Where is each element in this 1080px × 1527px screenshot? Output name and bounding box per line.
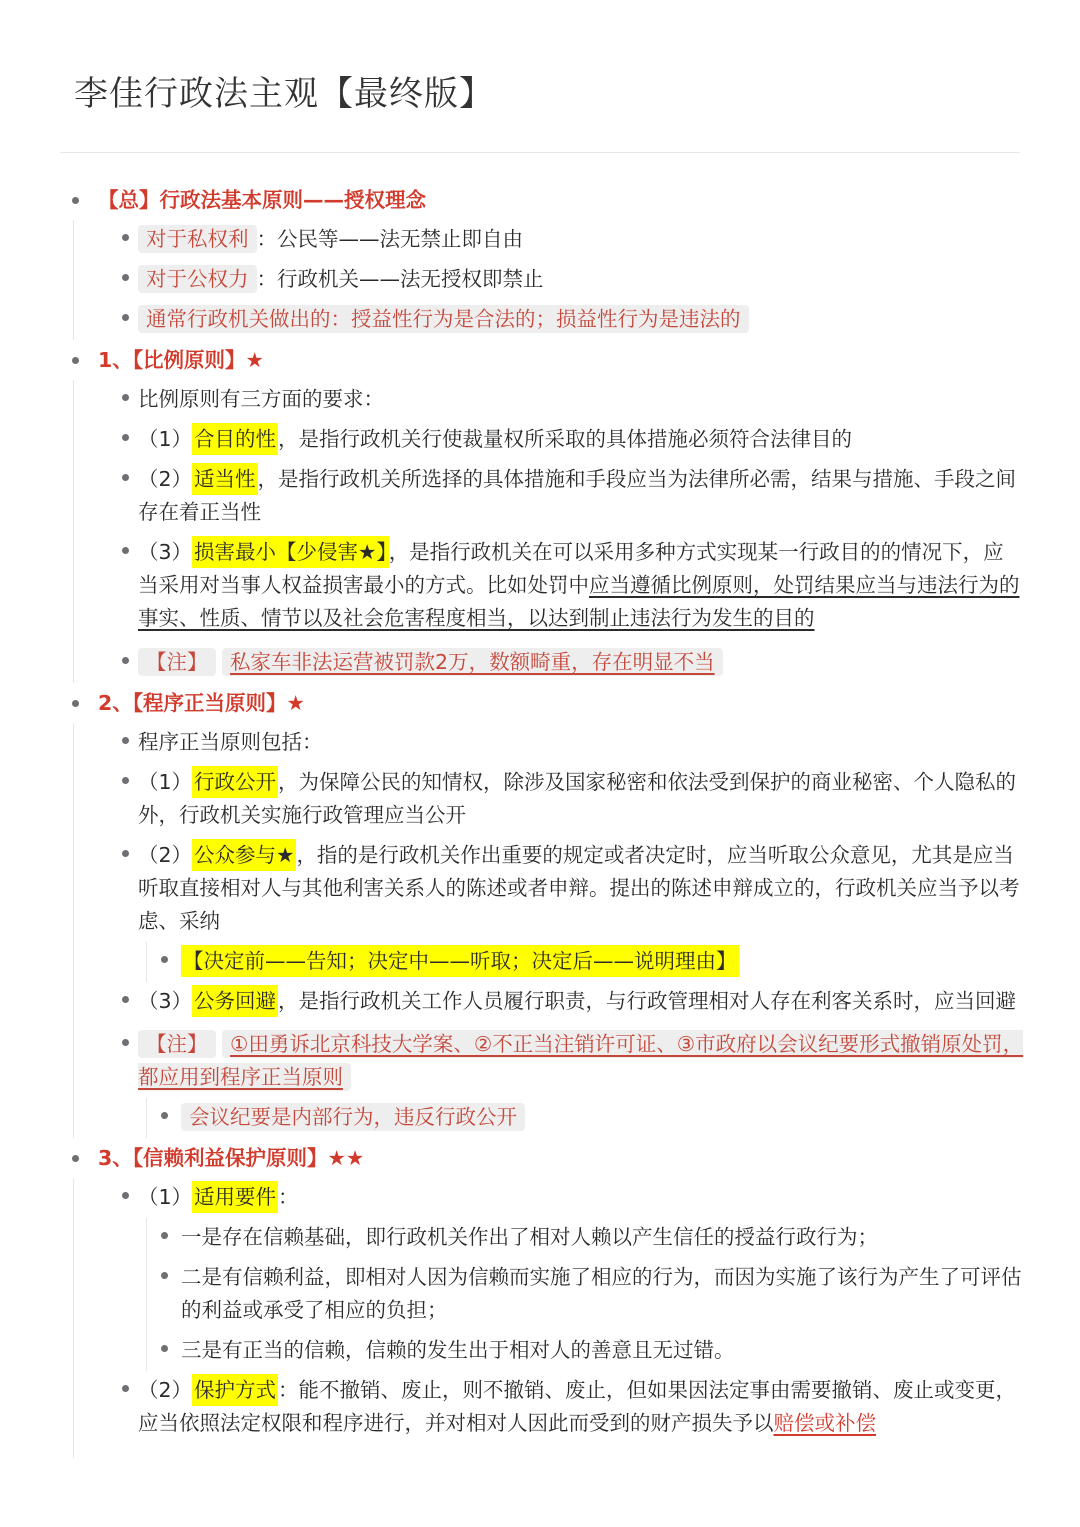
list-item[interactable]: 【决定前——告知；决定中——听取；决定后——说明理由】	[147, 942, 1024, 982]
highlight: 损害最小【少侵害★】	[192, 536, 389, 568]
highlight: 合目的性	[192, 423, 278, 455]
bullet-icon	[122, 737, 129, 744]
section-heading-general[interactable]: 【总】行政法基本原则——授权理念	[64, 180, 1024, 220]
list-item[interactable]: 二是有信赖利益，即相对人因为信赖而实施了相应的行为，而因为实施了该行为产生了可评…	[147, 1258, 1024, 1331]
tag-label: 对于公权力	[138, 265, 257, 293]
bullet-icon	[72, 197, 79, 204]
bullet-icon	[161, 1112, 168, 1119]
bullet-icon	[122, 1385, 129, 1392]
bullet-icon	[122, 850, 129, 857]
highlight: 适当性	[192, 463, 258, 495]
bullet-icon	[122, 657, 129, 664]
section-heading-legitimate-expectation[interactable]: 3、【信赖利益保护原则】★★	[64, 1138, 1024, 1178]
bullet-icon	[122, 547, 129, 554]
spacer	[74, 1444, 1024, 1458]
section-children: 程序正当原则包括： （1）行政公开，为保障公民的知情权，除涉及国家秘密和依法受到…	[73, 723, 1024, 1138]
highlight: 【决定前——告知；决定中——听取；决定后——说明理由】	[181, 945, 739, 977]
list-item[interactable]: 一是存在信赖基础，即行政机关作出了相对人赖以产生信任的授益行政行为；	[147, 1218, 1024, 1258]
bullet-icon	[72, 357, 79, 364]
bullet-icon	[161, 1345, 168, 1352]
bullet-icon	[122, 1192, 129, 1199]
highlight: 公众参与★	[192, 839, 296, 871]
list-item[interactable]: 程序正当原则包括：	[74, 723, 1024, 763]
bullet-icon	[122, 434, 129, 441]
nested-children: 【决定前——告知；决定中——听取；决定后——说明理由】	[146, 942, 1024, 982]
note-label: 【注】	[138, 648, 216, 676]
list-item[interactable]: 比例原则有三方面的要求：	[74, 380, 1024, 420]
note-text: 私家车非法运营被罚款2万，数额畸重，存在明显不当	[222, 648, 723, 676]
list-item[interactable]: （2）适当性，是指行政机关所选择的具体措施和手段应当为法律所必需，结果与措施、手…	[74, 460, 1024, 533]
list-item[interactable]: 对于私权利：公民等——法无禁止即自由	[74, 220, 1024, 260]
list-item[interactable]: 会议纪要是内部行为，违反行政公开	[147, 1098, 1024, 1138]
nested-children: 会议纪要是内部行为，违反行政公开	[146, 1098, 1024, 1138]
title-divider	[60, 152, 1020, 153]
outline-document: 【总】行政法基本原则——授权理念 对于私权利：公民等——法无禁止即自由 对于公权…	[64, 180, 1024, 1458]
list-item[interactable]: （1）行政公开，为保障公民的知情权，除涉及国家秘密和依法受到保护的商业秘密、个人…	[74, 763, 1024, 836]
bullet-icon	[161, 1232, 168, 1239]
section-children: （1）适用要件： 一是存在信赖基础，即行政机关作出了相对人赖以产生信任的授益行政…	[73, 1178, 1024, 1458]
note-tag: 会议纪要是内部行为，违反行政公开	[181, 1103, 525, 1131]
bullet-icon	[122, 777, 129, 784]
note-label: 【注】	[138, 1030, 216, 1058]
nested-children: 一是存在信赖基础，即行政机关作出了相对人赖以产生信任的授益行政行为； 二是有信赖…	[146, 1218, 1024, 1371]
bullet-icon	[122, 394, 129, 401]
section-heading-proportionality[interactable]: 1、【比例原则】★	[64, 340, 1024, 380]
section-children: 比例原则有三方面的要求： （1）合目的性，是指行政机关行使裁量权所采取的具体措施…	[73, 380, 1024, 683]
list-item[interactable]: 对于公权力：行政机关——法无授权即禁止	[74, 260, 1024, 300]
list-item[interactable]: （3）损害最小【少侵害★】，是指行政机关在可以采用多种方式实现某一行政目的的情况…	[74, 533, 1024, 639]
bullet-icon	[161, 956, 168, 963]
section-children: 对于私权利：公民等——法无禁止即自由 对于公权力：行政机关——法无授权即禁止 通…	[73, 220, 1024, 340]
star-icon: ★	[246, 348, 264, 372]
note-text: ①田勇诉北京科技大学案、②不正当注销许可证、③市政府以会议纪要形式撤销原处罚，都…	[138, 1030, 1023, 1091]
tag-label: 对于私权利	[138, 225, 257, 253]
list-item[interactable]: 三是有正当的信赖，信赖的发生出于相对人的善意且无过错。	[147, 1331, 1024, 1371]
section-heading-due-process[interactable]: 2、【程序正当原则】★	[64, 683, 1024, 723]
list-item[interactable]: （1）适用要件：	[74, 1178, 1024, 1218]
bullet-icon	[72, 700, 79, 707]
list-item[interactable]: （2）保护方式：能不撤销、废止，则不撤销、废止，但如果因法定事由需要撤销、废止或…	[74, 1371, 1024, 1444]
list-item[interactable]: （2）公众参与★，指的是行政机关作出重要的规定或者决定时，应当听取公众意见，尤其…	[74, 836, 1024, 942]
star-icon: ★★	[328, 1146, 365, 1170]
list-item[interactable]: 通常行政机关做出的：授益性行为是合法的；损益性行为是违法的	[74, 300, 1024, 340]
highlight: 保护方式	[192, 1374, 278, 1406]
underlined-red-text: 赔偿或补偿	[774, 1411, 877, 1435]
list-item-note[interactable]: 【注】 ①田勇诉北京科技大学案、②不正当注销许可证、③市政府以会议纪要形式撤销原…	[74, 1022, 1024, 1098]
bullet-icon	[122, 1039, 129, 1046]
list-item[interactable]: （1）合目的性，是指行政机关行使裁量权所采取的具体措施必须符合法律目的	[74, 420, 1024, 460]
bullet-icon	[122, 314, 129, 321]
star-icon: ★	[287, 691, 305, 715]
bullet-icon	[72, 1155, 79, 1162]
list-item[interactable]: （3）公务回避，是指行政机关工作人员履行职责，与行政管理相对人存在利客关系时，应…	[74, 982, 1024, 1022]
bullet-icon	[122, 474, 129, 481]
note-tag: 通常行政机关做出的：授益性行为是合法的；损益性行为是违法的	[138, 305, 749, 333]
bullet-icon	[122, 274, 129, 281]
bullet-icon	[122, 234, 129, 241]
highlight: 公务回避	[192, 985, 278, 1017]
bullet-icon	[122, 996, 129, 1003]
list-item-note[interactable]: 【注】 私家车非法运营被罚款2万，数额畸重，存在明显不当	[74, 639, 1024, 683]
bullet-icon	[161, 1272, 168, 1279]
highlight: 适用要件	[192, 1181, 278, 1213]
page-title: 李佳行政法主观【最终版】	[74, 66, 494, 115]
highlight: 行政公开	[192, 766, 278, 798]
